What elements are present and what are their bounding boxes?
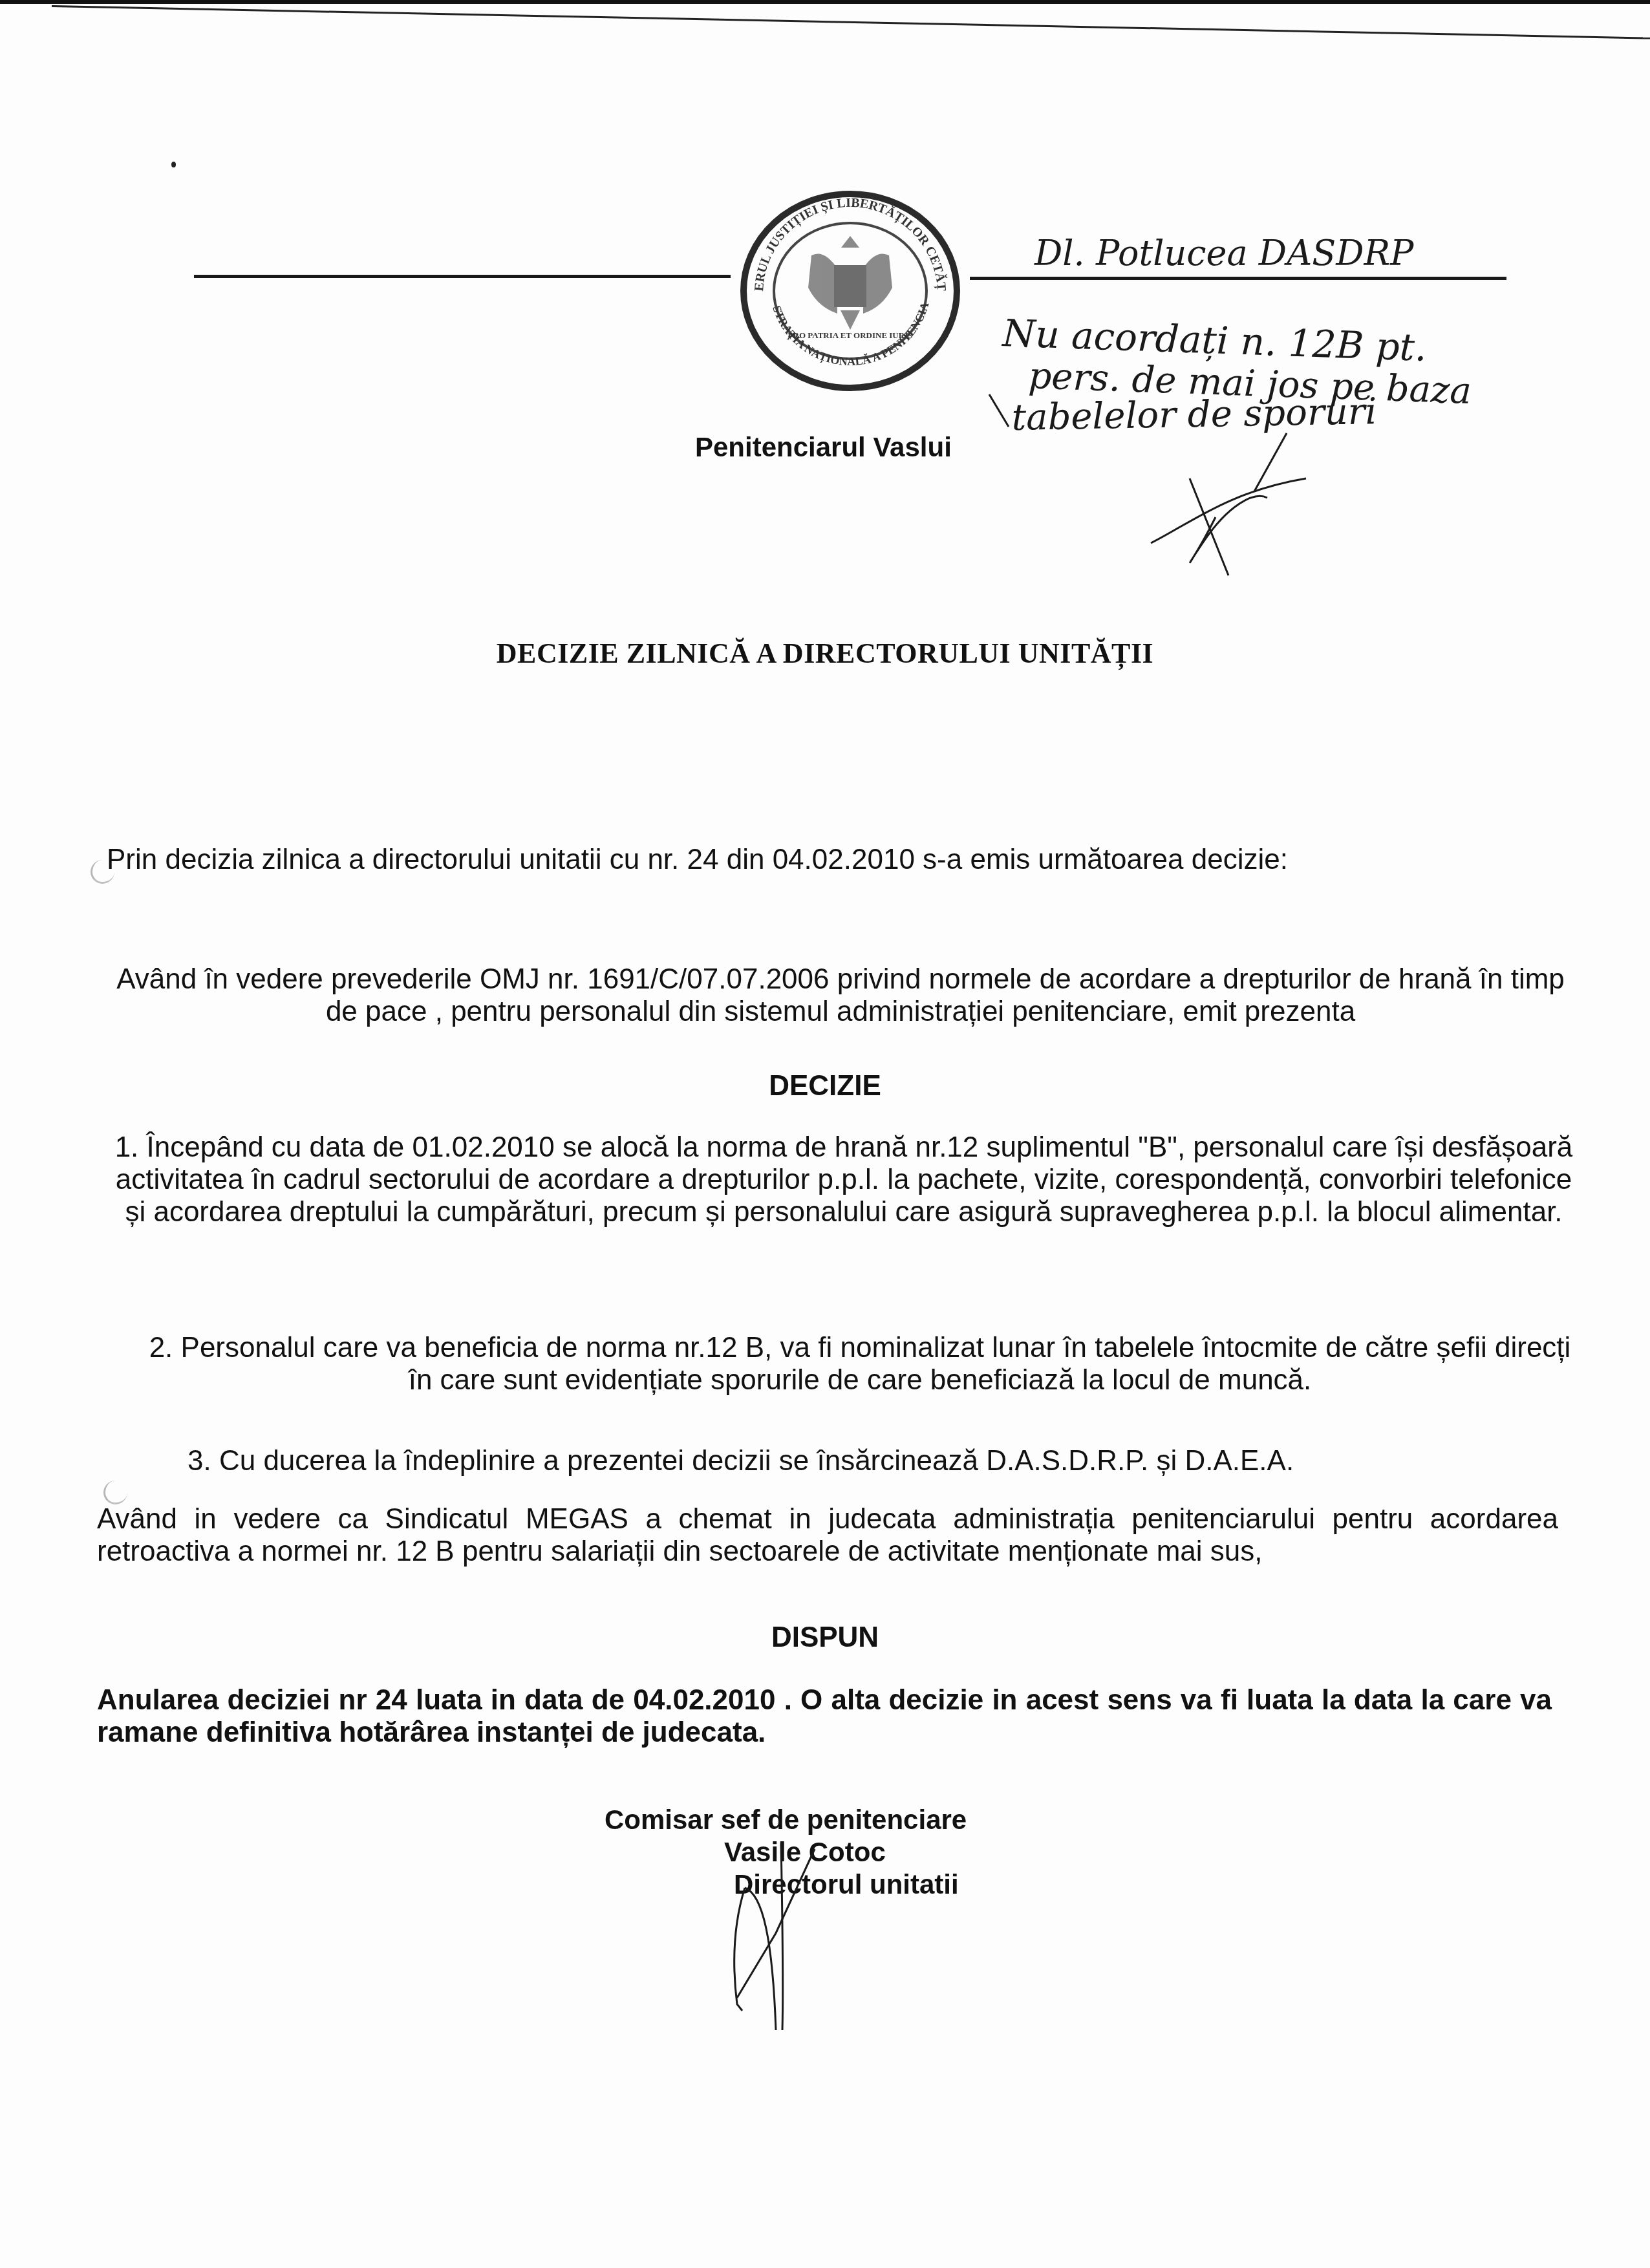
institution-name: Penitenciarul Vaslui — [695, 432, 952, 463]
official-seal-icon: MINISTERUL JUSTIȚIEI ȘI LIBERTĂȚILOR CET… — [734, 184, 967, 398]
handwritten-signature-icon — [711, 1836, 853, 2043]
intro-paragraph: Prin decizia zilnica a directorului unit… — [107, 844, 1594, 876]
handwritten-annotation: Dl. Potlucea DASDRP Nu acordați n. 12B p… — [983, 220, 1565, 621]
dispun-heading: DISPUN — [0, 1621, 1650, 1654]
decision-item-1: 1. Începând cu data de 01.02.2010 se alo… — [107, 1131, 1581, 1228]
decision-item-2: 2. Personalul care va beneficia de norma… — [136, 1332, 1584, 1396]
signatory-rank: Comisar sef de penitenciare — [605, 1804, 967, 1836]
punch-hole-mark — [103, 1481, 127, 1504]
scan-top-edge — [0, 0, 1650, 4]
decision-heading: DECIZIE — [0, 1070, 1650, 1102]
legal-basis-paragraph: Având în vedere prevederile OMJ nr. 1691… — [103, 963, 1578, 1028]
svg-text:tabelelor de sporuri: tabelelor de sporuri — [1011, 390, 1377, 439]
annulment-paragraph: Anularea deciziei nr 24 luata in data de… — [97, 1684, 1552, 1749]
svg-text:Dl. Potlucea DASDRP: Dl. Potlucea DASDRP — [1034, 233, 1415, 273]
scanned-document-page: MINISTERUL JUSTIȚIEI ȘI LIBERTĂȚILOR CET… — [0, 0, 1650, 2268]
svg-text:PRO PATRIA ET ORDINE IURIS: PRO PATRIA ET ORDINE IURIS — [788, 330, 913, 340]
megas-lawsuit-paragraph: Având in vedere ca Sindicatul MEGAS a ch… — [97, 1503, 1558, 1568]
scan-edge-shadow — [52, 5, 1650, 39]
decision-item-3: 3. Cu ducerea la îndeplinire a prezentei… — [187, 1445, 1481, 1477]
header-rule-left — [194, 275, 731, 278]
scan-speck — [171, 162, 176, 167]
document-title: DECIZIE ZILNICĂ A DIRECTORULUI UNITĂȚII — [0, 637, 1650, 670]
